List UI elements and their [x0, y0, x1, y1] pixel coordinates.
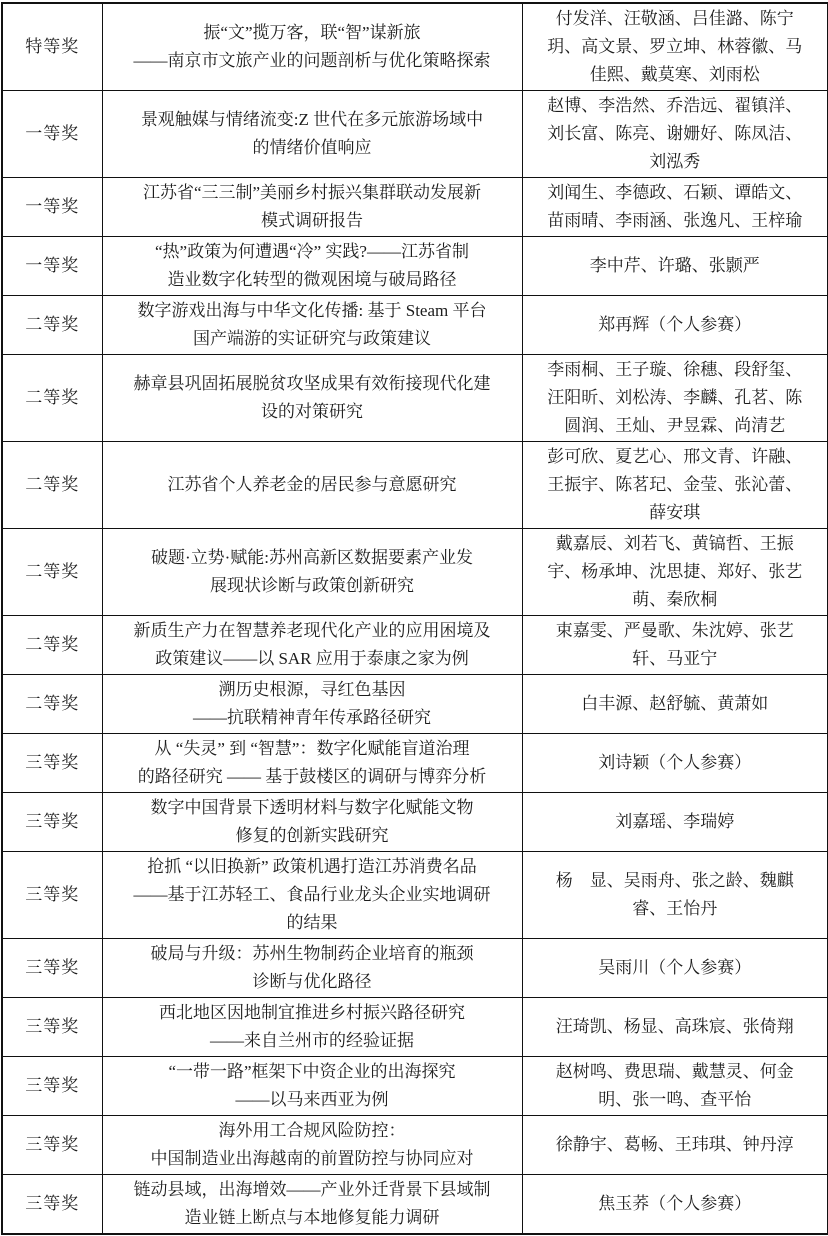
- project-title-cell: 溯历史根源，寻红色基因 ——抗联精神青年传承路径研究: [102, 675, 522, 734]
- project-title-cell: 景观触媒与情绪流变:Z 世代在多元旅游场域中 的情绪价值响应: [102, 91, 522, 178]
- award-table-row: 一等奖 景观触媒与情绪流变:Z 世代在多元旅游场域中 的情绪价值响应 赵博、李浩…: [2, 91, 828, 178]
- project-title-cell: 破题·立势·赋能:苏州高新区数据要素产业发 展现状诊断与政策创新研究: [102, 529, 522, 616]
- award-table-row: 二等奖 溯历史根源，寻红色基因 ——抗联精神青年传承路径研究 白丰源、赵舒毓、黄…: [2, 675, 828, 734]
- team-members-cell: 束嘉雯、严曼歌、朱沈婷、张艺 轩、马亚宁: [522, 616, 828, 675]
- team-members-cell: 刘嘉瑶、李瑞婷: [522, 793, 828, 852]
- project-title-cell: 海外用工合规风险防控： 中国制造业出海越南的前置防控与协同应对: [102, 1116, 522, 1175]
- award-table-row: 三等奖 “一带一路”框架下中资企业的出海探究 ——以马来西亚为例 赵树鸣、费思瑞…: [2, 1057, 828, 1116]
- award-table-row: 三等奖 抢抓 “以旧换新” 政策机遇打造江苏消费名品 ——基于江苏轻工、食品行业…: [2, 852, 828, 939]
- team-members-cell: 白丰源、赵舒毓、黄萧如: [522, 675, 828, 734]
- award-level-cell: 三等奖: [2, 1057, 102, 1116]
- award-table-row: 一等奖 “热”政策为何遭遇“冷” 实践?——江苏省制 造业数字化转型的微观困境与…: [2, 237, 828, 296]
- award-level-cell: 二等奖: [2, 442, 102, 529]
- award-level-cell: 一等奖: [2, 237, 102, 296]
- project-title-cell: 新质生产力在智慧养老现代化产业的应用困境及 政策建议——以 SAR 应用于泰康之…: [102, 616, 522, 675]
- project-title-cell: 振“文”揽万客，联“智”谋新旅 ——南京市文旅产业的问题剖析与优化策略探索: [102, 3, 522, 91]
- project-title-cell: 西北地区因地制宜推进乡村振兴路径研究 ——来自兰州市的经验证据: [102, 998, 522, 1057]
- document-page: 特等奖 振“文”揽万客，联“智”谋新旅 ——南京市文旅产业的问题剖析与优化策略探…: [0, 0, 828, 1236]
- team-members-cell: 赵博、李浩然、乔浩远、翟镇洋、 刘长富、陈亮、谢姗好、陈凤洁、 刘泓秀: [522, 91, 828, 178]
- project-title-cell: 赫章县巩固拓展脱贫攻坚成果有效衔接现代化建 设的对策研究: [102, 355, 522, 442]
- team-members-cell: 郑再辉（个人参赛）: [522, 296, 828, 355]
- award-table-row: 二等奖 数字游戏出海与中华文化传播: 基于 Steam 平台 国产端游的实证研究…: [2, 296, 828, 355]
- project-title-cell: 江苏省个人养老金的居民参与意愿研究: [102, 442, 522, 529]
- team-members-cell: 刘闻生、李德政、石颖、谭皓文、 苗雨晴、李雨涵、张逸凡、王梓瑜: [522, 178, 828, 237]
- award-level-cell: 三等奖: [2, 1175, 102, 1235]
- team-members-cell: 吴雨川（个人参赛）: [522, 939, 828, 998]
- team-members-cell: 彭可欣、夏艺心、邢文青、许融、 王振宇、陈茗玘、金莹、张沁蕾、 薛安琪: [522, 442, 828, 529]
- award-level-cell: 二等奖: [2, 355, 102, 442]
- team-members-cell: 付发洋、汪敬涵、吕佳潞、陈宁 玥、高文景、罗立坤、林蓉徽、马 佳熙、戴莫寒、刘雨…: [522, 3, 828, 91]
- award-level-cell: 二等奖: [2, 529, 102, 616]
- awards-table: 特等奖 振“文”揽万客，联“智”谋新旅 ——南京市文旅产业的问题剖析与优化策略探…: [1, 2, 828, 1235]
- project-title-cell: 数字中国背景下透明材料与数字化赋能文物 修复的创新实践研究: [102, 793, 522, 852]
- team-members-cell: 赵树鸣、费思瑞、戴慧灵、何金 明、张一鸣、查平怡: [522, 1057, 828, 1116]
- award-table-row: 三等奖 海外用工合规风险防控： 中国制造业出海越南的前置防控与协同应对 徐静宇、…: [2, 1116, 828, 1175]
- project-title-cell: 抢抓 “以旧换新” 政策机遇打造江苏消费名品 ——基于江苏轻工、食品行业龙头企业…: [102, 852, 522, 939]
- award-level-cell: 二等奖: [2, 296, 102, 355]
- team-members-cell: 焦玉荞（个人参赛）: [522, 1175, 828, 1235]
- award-table-row: 三等奖 链动县域，出海增效——产业外迁背景下县域制 造业链上断点与本地修复能力调…: [2, 1175, 828, 1235]
- award-level-cell: 三等奖: [2, 852, 102, 939]
- project-title-cell: 破局与升级：苏州生物制药企业培育的瓶颈 诊断与优化路径: [102, 939, 522, 998]
- award-table-row: 特等奖 振“文”揽万客，联“智”谋新旅 ——南京市文旅产业的问题剖析与优化策略探…: [2, 3, 828, 91]
- project-title-cell: 江苏省“三三制”美丽乡村振兴集群联动发展新 模式调研报告: [102, 178, 522, 237]
- award-table-row: 二等奖 破题·立势·赋能:苏州高新区数据要素产业发 展现状诊断与政策创新研究 戴…: [2, 529, 828, 616]
- award-table-row: 一等奖 江苏省“三三制”美丽乡村振兴集群联动发展新 模式调研报告 刘闻生、李德政…: [2, 178, 828, 237]
- award-table-row: 二等奖 赫章县巩固拓展脱贫攻坚成果有效衔接现代化建 设的对策研究 李雨桐、王子璇…: [2, 355, 828, 442]
- award-level-cell: 三等奖: [2, 998, 102, 1057]
- project-title-cell: “热”政策为何遭遇“冷” 实践?——江苏省制 造业数字化转型的微观困境与破局路径: [102, 237, 522, 296]
- award-level-cell: 二等奖: [2, 675, 102, 734]
- award-table-row: 三等奖 破局与升级：苏州生物制药企业培育的瓶颈 诊断与优化路径 吴雨川（个人参赛…: [2, 939, 828, 998]
- team-members-cell: 李雨桐、王子璇、徐穗、段舒玺、 汪阳昕、刘松涛、李麟、孔茗、陈 圆润、王灿、尹昱…: [522, 355, 828, 442]
- award-level-cell: 一等奖: [2, 178, 102, 237]
- awards-table-body: 特等奖 振“文”揽万客，联“智”谋新旅 ——南京市文旅产业的问题剖析与优化策略探…: [2, 3, 828, 1234]
- award-table-row: 三等奖 从 “失灵” 到 “智慧”：数字化赋能盲道治理 的路径研究 —— 基于鼓…: [2, 734, 828, 793]
- team-members-cell: 李中芹、许璐、张颢严: [522, 237, 828, 296]
- award-level-cell: 特等奖: [2, 3, 102, 91]
- team-members-cell: 戴嘉辰、刘若飞、黄镐哲、王振 宇、杨承坤、沈思捷、郑好、张艺 萌、秦欣桐: [522, 529, 828, 616]
- project-title-cell: “一带一路”框架下中资企业的出海探究 ——以马来西亚为例: [102, 1057, 522, 1116]
- project-title-cell: 数字游戏出海与中华文化传播: 基于 Steam 平台 国产端游的实证研究与政策建…: [102, 296, 522, 355]
- project-title-cell: 链动县域，出海增效——产业外迁背景下县域制 造业链上断点与本地修复能力调研: [102, 1175, 522, 1235]
- award-table-row: 三等奖 数字中国背景下透明材料与数字化赋能文物 修复的创新实践研究 刘嘉瑶、李瑞…: [2, 793, 828, 852]
- team-members-cell: 汪琦凯、杨显、高珠宸、张倚翔: [522, 998, 828, 1057]
- award-table-row: 二等奖 江苏省个人养老金的居民参与意愿研究 彭可欣、夏艺心、邢文青、许融、 王振…: [2, 442, 828, 529]
- award-level-cell: 三等奖: [2, 734, 102, 793]
- project-title-cell: 从 “失灵” 到 “智慧”：数字化赋能盲道治理 的路径研究 —— 基于鼓楼区的调…: [102, 734, 522, 793]
- award-table-row: 二等奖 新质生产力在智慧养老现代化产业的应用困境及 政策建议——以 SAR 应用…: [2, 616, 828, 675]
- award-table-row: 三等奖 西北地区因地制宜推进乡村振兴路径研究 ——来自兰州市的经验证据 汪琦凯、…: [2, 998, 828, 1057]
- team-members-cell: 杨 显、吴雨舟、张之龄、魏麒 睿、王怡丹: [522, 852, 828, 939]
- award-level-cell: 一等奖: [2, 91, 102, 178]
- team-members-cell: 徐静宇、葛畅、王玮琪、钟丹淳: [522, 1116, 828, 1175]
- award-level-cell: 三等奖: [2, 793, 102, 852]
- award-level-cell: 二等奖: [2, 616, 102, 675]
- award-level-cell: 三等奖: [2, 939, 102, 998]
- award-level-cell: 三等奖: [2, 1116, 102, 1175]
- team-members-cell: 刘诗颖（个人参赛）: [522, 734, 828, 793]
